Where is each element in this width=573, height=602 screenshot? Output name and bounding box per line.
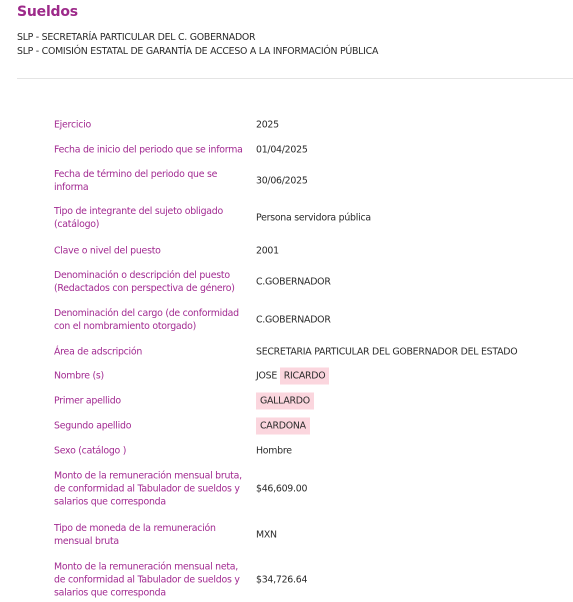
sueldos-page: Sueldos SLP - SECRETARÍA PARTICULAR DEL … — [0, 0, 573, 602]
field-value: 01/04/2025 — [256, 144, 308, 157]
field-value: JOSE RICARDO — [256, 370, 329, 383]
field-value: Persona servidora pública — [256, 212, 371, 225]
field-label: Fecha de inicio del periodo que se infor… — [54, 144, 254, 157]
field-label: Primer apellido — [54, 395, 248, 408]
field-value: 2025 — [256, 119, 279, 132]
field-value: C.GOBERNADOR — [256, 276, 331, 289]
field-label: Área de adscripción — [54, 346, 248, 359]
field-value: Hombre — [256, 445, 292, 458]
field-value: 30/06/2025 — [256, 175, 308, 188]
field-value: MXN — [256, 529, 277, 542]
field-label: Tipo de moneda de la remuneración mensua… — [54, 522, 248, 548]
field-label: Ejercicio — [54, 119, 248, 132]
field-value: GALLARDO — [256, 395, 314, 408]
field-label: Nombre (s) — [54, 370, 248, 383]
subject-obligated-1: SLP - SECRETARÍA PARTICULAR DEL C. GOBER… — [17, 32, 255, 43]
name-plain: JOSE — [256, 371, 277, 382]
field-label: Monto de la remuneración mensual bruta, … — [54, 470, 248, 509]
page-title: Sueldos — [17, 4, 78, 20]
field-value: $34,726.64 — [256, 574, 307, 587]
field-label: Fecha de término del periodo que se info… — [54, 168, 248, 194]
field-label: Denominación o descripción del puesto (R… — [54, 269, 248, 295]
field-value: 2001 — [256, 245, 279, 258]
field-label: Monto de la remuneración mensual neta, d… — [54, 561, 248, 600]
field-value: C.GOBERNADOR — [256, 314, 331, 327]
surname-highlight: CARDONA — [256, 418, 310, 435]
field-label: Sexo (catálogo ) — [54, 445, 248, 458]
field-value: SECRETARIA PARTICULAR DEL GOBERNADOR DEL… — [256, 346, 517, 359]
field-label: Clave o nivel del puesto — [54, 245, 248, 258]
field-value: CARDONA — [256, 420, 310, 433]
field-value: $46,609.00 — [256, 483, 307, 496]
surname-highlight: GALLARDO — [256, 393, 314, 410]
name-highlight: RICARDO — [280, 368, 330, 385]
section-divider — [17, 78, 573, 79]
subject-obligated-2: SLP - COMISIÓN ESTATAL DE GARANTÍA DE AC… — [17, 46, 378, 57]
field-label: Segundo apellido — [54, 420, 248, 433]
field-label: Tipo de integrante del sujeto obligado (… — [54, 205, 248, 231]
field-label: Denominación del cargo (de conformidad c… — [54, 307, 248, 333]
